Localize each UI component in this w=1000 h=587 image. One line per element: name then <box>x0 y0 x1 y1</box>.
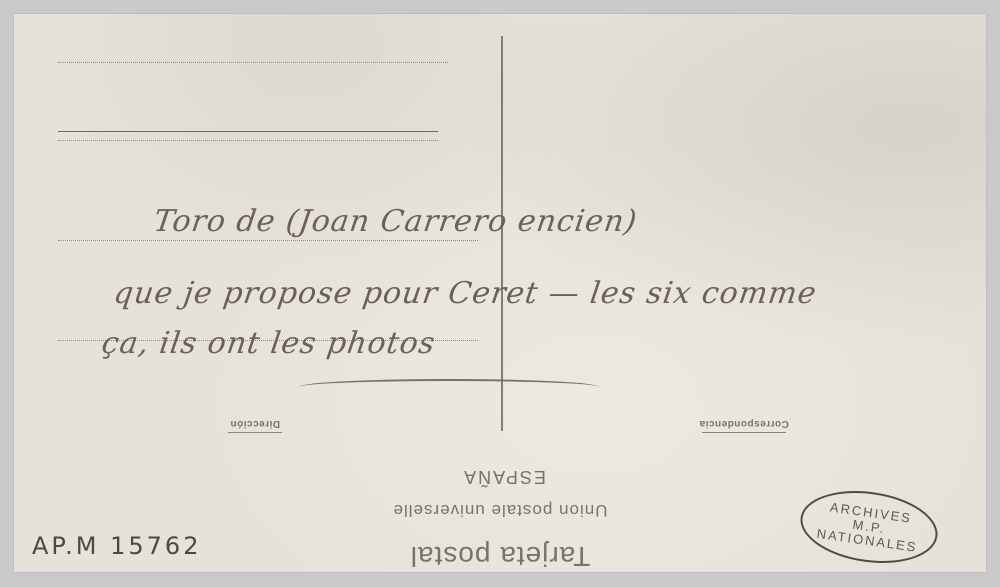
country-text: ESPAÑA <box>414 466 594 487</box>
union-text: Union postale universelle <box>350 500 650 520</box>
handwriting-line-1: Toro de (Joan Carrero encien) <box>152 204 640 239</box>
solid-rule <box>58 131 438 132</box>
dotted-rule <box>58 62 448 63</box>
address-label: Dirección <box>210 418 300 433</box>
inventory-number: AP.M 15762 <box>32 532 201 560</box>
archives-nationales-stamp: ARCHIVES M.P. NATIONALES <box>796 483 942 572</box>
correspondence-label: Correspondencia <box>674 418 814 433</box>
postcard: Dirección Correspondencia ESPAÑA Union p… <box>14 14 986 572</box>
handwriting-line-2: que je propose pour Ceret — les six comm… <box>112 276 820 311</box>
handwriting-line-3: ça, ils ont les photos <box>100 326 438 361</box>
dotted-rule <box>58 240 478 241</box>
handwritten-underline <box>299 379 599 395</box>
postcard-title: Tarjeta postal <box>380 540 620 572</box>
dotted-rule <box>58 140 438 141</box>
